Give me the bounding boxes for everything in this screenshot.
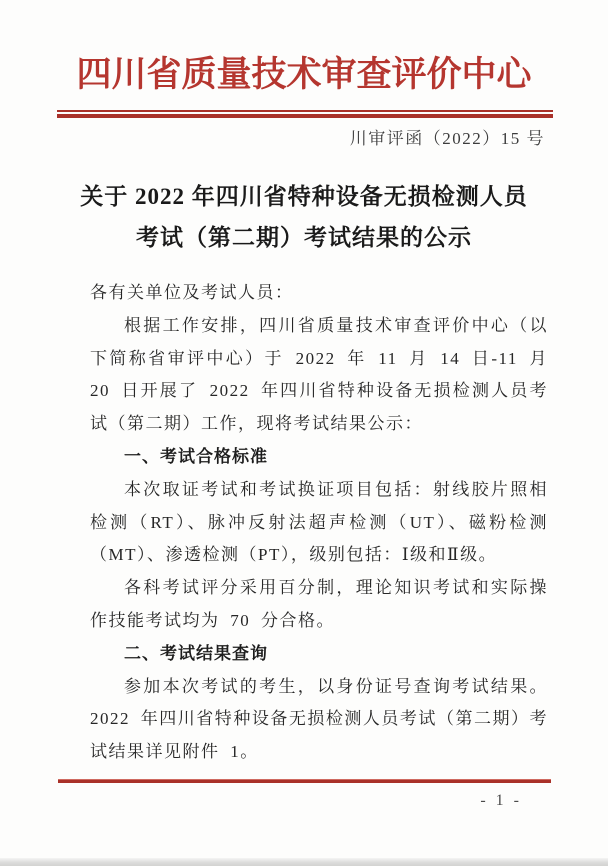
paragraph-exam-items: 本次取证考试和考试换证项目包括：射线胶片照相检测（RT）、脉冲反射法超声检测（U…: [90, 474, 548, 572]
document-title-line1: 关于 2022 年四川省特种设备无损检测人员: [0, 176, 608, 217]
document-reference-number: 川审评函（2022）15 号: [350, 124, 545, 149]
letterhead-double-rule: [57, 110, 553, 118]
section-heading-1: 一、考试合格标准: [90, 441, 548, 474]
letterhead-org-title: 四川省质量技术审查评价中心: [0, 47, 608, 97]
paragraph-intro: 根据工作安排，四川省质量技术审查评价中心（以下简称省审评中心）于 2022 年 …: [90, 310, 548, 441]
scan-edge-shadow: [0, 858, 608, 866]
document-body: 各有关单位及考试人员： 根据工作安排，四川省质量技术审查评价中心（以下简称省审评…: [90, 277, 548, 769]
rule-thick-line: [57, 114, 553, 118]
document-title-line2: 考试（第二期）考试结果的公示: [0, 217, 608, 258]
section-heading-2: 二、考试结果查询: [90, 638, 548, 671]
scanned-document-page: 四川省质量技术审查评价中心 川审评函（2022）15 号 关于 2022 年四川…: [0, 0, 608, 866]
paragraph-result-query: 参加本次考试的考生，以身份证号查询考试结果。2022 年四川省特种设备无损检测人…: [90, 671, 548, 769]
footer-rule: [58, 780, 551, 783]
salutation: 各有关单位及考试人员：: [90, 277, 548, 310]
document-title: 关于 2022 年四川省特种设备无损检测人员 考试（第二期）考试结果的公示: [0, 176, 608, 258]
paragraph-scoring: 各科考试评分采用百分制，理论知识考试和实际操作技能考试均为 70 分合格。: [90, 572, 548, 638]
page-number: - 1 -: [480, 792, 522, 810]
